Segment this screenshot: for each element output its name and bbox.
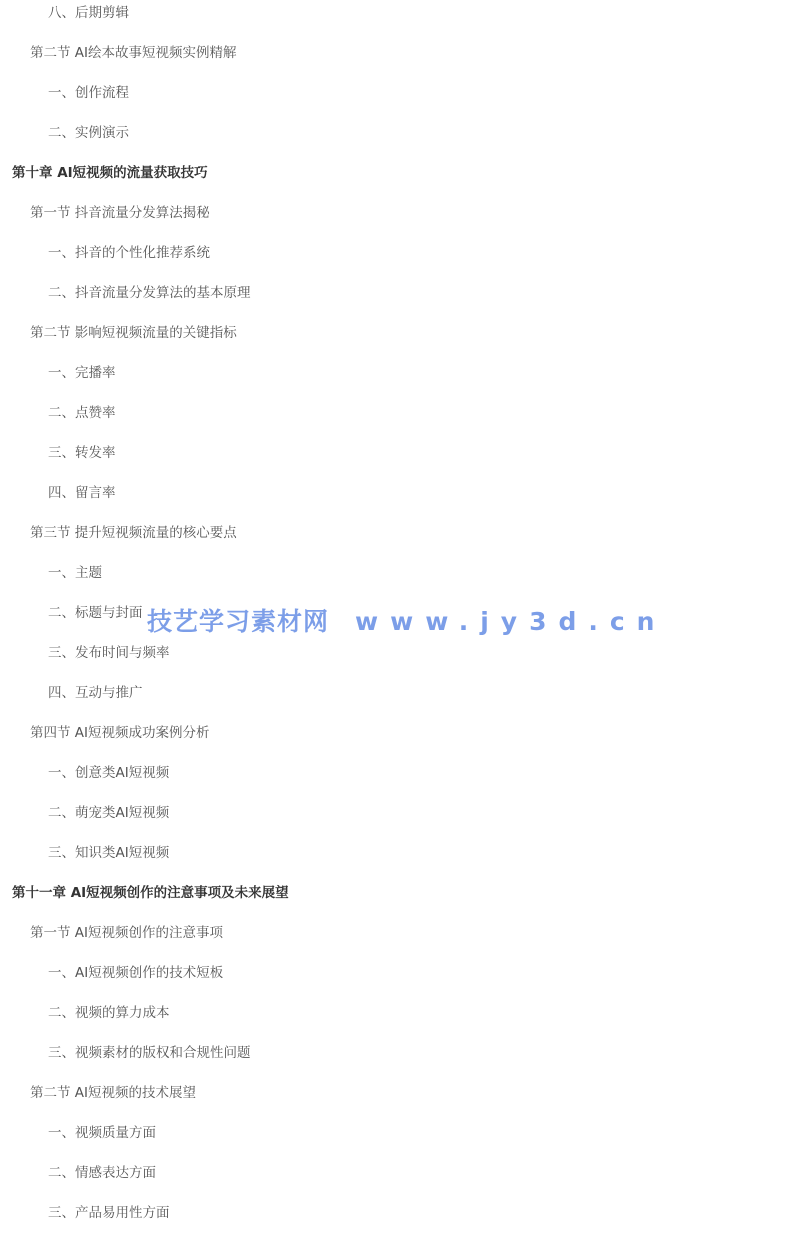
toc-item: 一、创意类AI短视频	[48, 763, 169, 783]
toc-item: 三、产品易用性方面	[48, 1203, 170, 1223]
toc-item: 二、点赞率	[48, 403, 116, 423]
watermark: 技艺学习素材网www.jy3d.cn	[147, 604, 666, 640]
toc-item: 二、标题与封面	[48, 603, 143, 623]
toc-item: 三、发布时间与频率	[48, 643, 170, 663]
watermark-url: www.jy3d.cn	[355, 607, 666, 636]
toc-item: 四、互动与推广	[48, 683, 143, 703]
toc-item: 三、视频素材的版权和合规性问题	[48, 1043, 251, 1063]
toc-chapter: 第十章 AI短视频的流量获取技巧	[12, 163, 208, 183]
toc-section: 第二节 影响短视频流量的关键指标	[30, 323, 237, 343]
toc-item: 二、视频的算力成本	[48, 1003, 170, 1023]
watermark-site-name: 技艺学习素材网	[147, 607, 329, 636]
toc-item: 三、转发率	[48, 443, 116, 463]
toc-item: 一、完播率	[48, 363, 116, 383]
toc-section: 第四节 AI短视频成功案例分析	[30, 723, 210, 743]
toc-item: 四、留言率	[48, 483, 116, 503]
toc-section: 第一节 抖音流量分发算法揭秘	[30, 203, 210, 223]
toc-item: 二、抖音流量分发算法的基本原理	[48, 283, 251, 303]
toc-item: 一、抖音的个性化推荐系统	[48, 243, 210, 263]
toc-section: 第二节 AI绘本故事短视频实例精解	[30, 43, 237, 63]
toc-item: 一、创作流程	[48, 83, 129, 103]
toc-section: 第一节 AI短视频创作的注意事项	[30, 923, 223, 943]
toc-item: 二、实例演示	[48, 123, 129, 143]
toc-section: 第二节 AI短视频的技术展望	[30, 1083, 196, 1103]
toc-item: 一、主题	[48, 563, 102, 583]
toc-item: 八、后期剪辑	[48, 3, 129, 23]
toc-item: 一、AI短视频创作的技术短板	[48, 963, 223, 983]
toc-item: 一、视频质量方面	[48, 1123, 156, 1143]
toc-section: 第三节 提升短视频流量的核心要点	[30, 523, 237, 543]
toc-item: 二、萌宠类AI短视频	[48, 803, 169, 823]
toc-item: 三、知识类AI短视频	[48, 843, 169, 863]
toc-chapter: 第十一章 AI短视频创作的注意事项及未来展望	[12, 883, 289, 903]
toc-item: 二、情感表达方面	[48, 1163, 156, 1183]
